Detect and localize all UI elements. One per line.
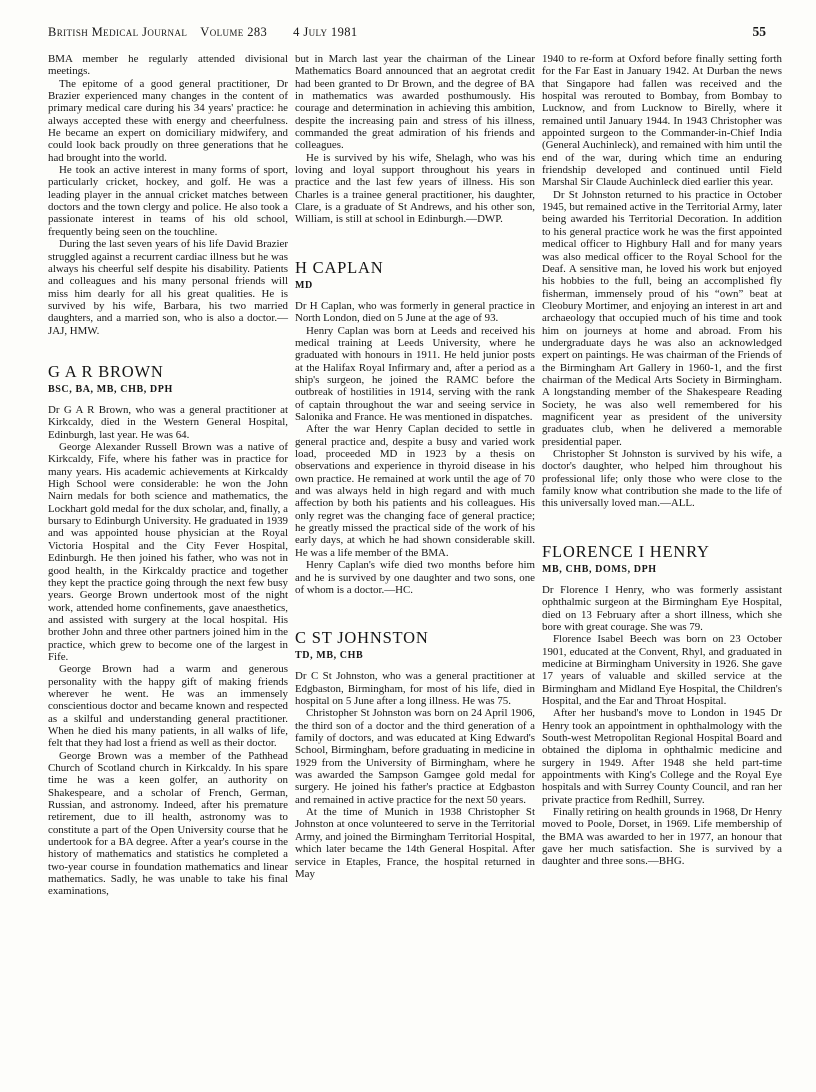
column-2: but in March last year the chairman of t…: [295, 53, 535, 898]
obituary-paragraph: Florence Isabel Beech was born on 23 Oct…: [542, 633, 782, 707]
obituary-paragraph: George Brown had a warm and generous per…: [48, 663, 288, 749]
obituary-paragraph: He is survived by his wife, Shelagh, who…: [295, 152, 535, 226]
obituary-qualifications: MB, CHB, DOMS, DPH: [542, 564, 782, 575]
obituary-caplan: H CAPLAN MD Dr H Caplan, who was formerl…: [295, 259, 535, 596]
obituary-paragraph: Dr C St Johnston, who was a general prac…: [295, 670, 535, 707]
obituary-paragraph: Christopher St Johnston was born on 24 A…: [295, 707, 535, 806]
text-columns: BMA member he regularly attended divisio…: [48, 53, 782, 898]
obituary-paragraph: After her husband's move to London in 19…: [542, 707, 782, 806]
obituary-paragraph: BMA member he regularly attended divisio…: [48, 53, 288, 78]
obituary-brown: G A R BROWN BSC, BA, MB, CHB, DPH Dr G A…: [48, 363, 288, 898]
obituary-paragraph: 1940 to re-form at Oxford before finally…: [542, 53, 782, 189]
obituary-paragraph: George Brown was a member of the Pathhea…: [48, 750, 288, 898]
obituary-paragraph: At the time of Munich in 1938 Christophe…: [295, 806, 535, 880]
header-running-title: British Medical Journal Volume 283 4 Jul…: [48, 25, 358, 40]
column-1: BMA member he regularly attended divisio…: [48, 53, 288, 898]
obituary-paragraph: During the last seven years of his life …: [48, 238, 288, 337]
obituary-henry: FLORENCE I HENRY MB, CHB, DOMS, DPH Dr F…: [542, 543, 782, 868]
obituary-qualifications: BSC, BA, MB, CHB, DPH: [48, 384, 288, 395]
obituary-paragraph: George Alexander Russell Brown was a nat…: [48, 441, 288, 663]
obituary-heading-st-johnston: C ST JOHNSTON: [295, 629, 535, 647]
obituary-brown-continuation: but in March last year the chairman of t…: [295, 53, 535, 226]
obituary-paragraph: After the war Henry Caplan decided to se…: [295, 423, 535, 559]
obituary-paragraph: but in March last year the chairman of t…: [295, 53, 535, 152]
obituary-heading-caplan: H CAPLAN: [295, 259, 535, 277]
journal-title: British Medical Journal: [48, 25, 187, 40]
obituary-paragraph: Dr H Caplan, who was formerly in general…: [295, 300, 535, 325]
obituary-paragraph: Dr St Johnston returned to his practice …: [542, 189, 782, 448]
obituary-paragraph: He took an active interest in many forms…: [48, 164, 288, 238]
page-header: British Medical Journal Volume 283 4 Jul…: [48, 24, 766, 40]
obituary-qualifications: TD, MB, CHB: [295, 650, 535, 661]
obituary-heading-henry: FLORENCE I HENRY: [542, 543, 782, 561]
column-3: 1940 to re-form at Oxford before finally…: [542, 53, 782, 898]
obituary-paragraph: Dr Florence I Henry, who was formerly as…: [542, 584, 782, 633]
obituary-brazier-continuation: BMA member he regularly attended divisio…: [48, 53, 288, 337]
obituary-qualifications: MD: [295, 280, 535, 291]
page-number: 55: [753, 24, 767, 40]
obituary-st-johnston: C ST JOHNSTON TD, MB, CHB Dr C St Johnst…: [295, 629, 535, 880]
obituary-heading-brown: G A R BROWN: [48, 363, 288, 381]
issue-date: 4 July 1981: [293, 25, 357, 40]
volume-label: Volume 283: [200, 25, 267, 40]
obituary-paragraph: Christopher St Johnston is survived by h…: [542, 448, 782, 510]
obituary-paragraph: Henry Caplan's wife died two months befo…: [295, 559, 535, 596]
obituary-paragraph: Henry Caplan was born at Leeds and recei…: [295, 325, 535, 424]
obituary-paragraph: Finally retiring on health grounds in 19…: [542, 806, 782, 868]
obituary-paragraph: Dr G A R Brown, who was a general practi…: [48, 404, 288, 441]
journal-page: British Medical Journal Volume 283 4 Jul…: [0, 0, 816, 1092]
obituary-paragraph: The epitome of a good general practition…: [48, 78, 288, 164]
obituary-st-johnston-continuation: 1940 to re-form at Oxford before finally…: [542, 53, 782, 510]
